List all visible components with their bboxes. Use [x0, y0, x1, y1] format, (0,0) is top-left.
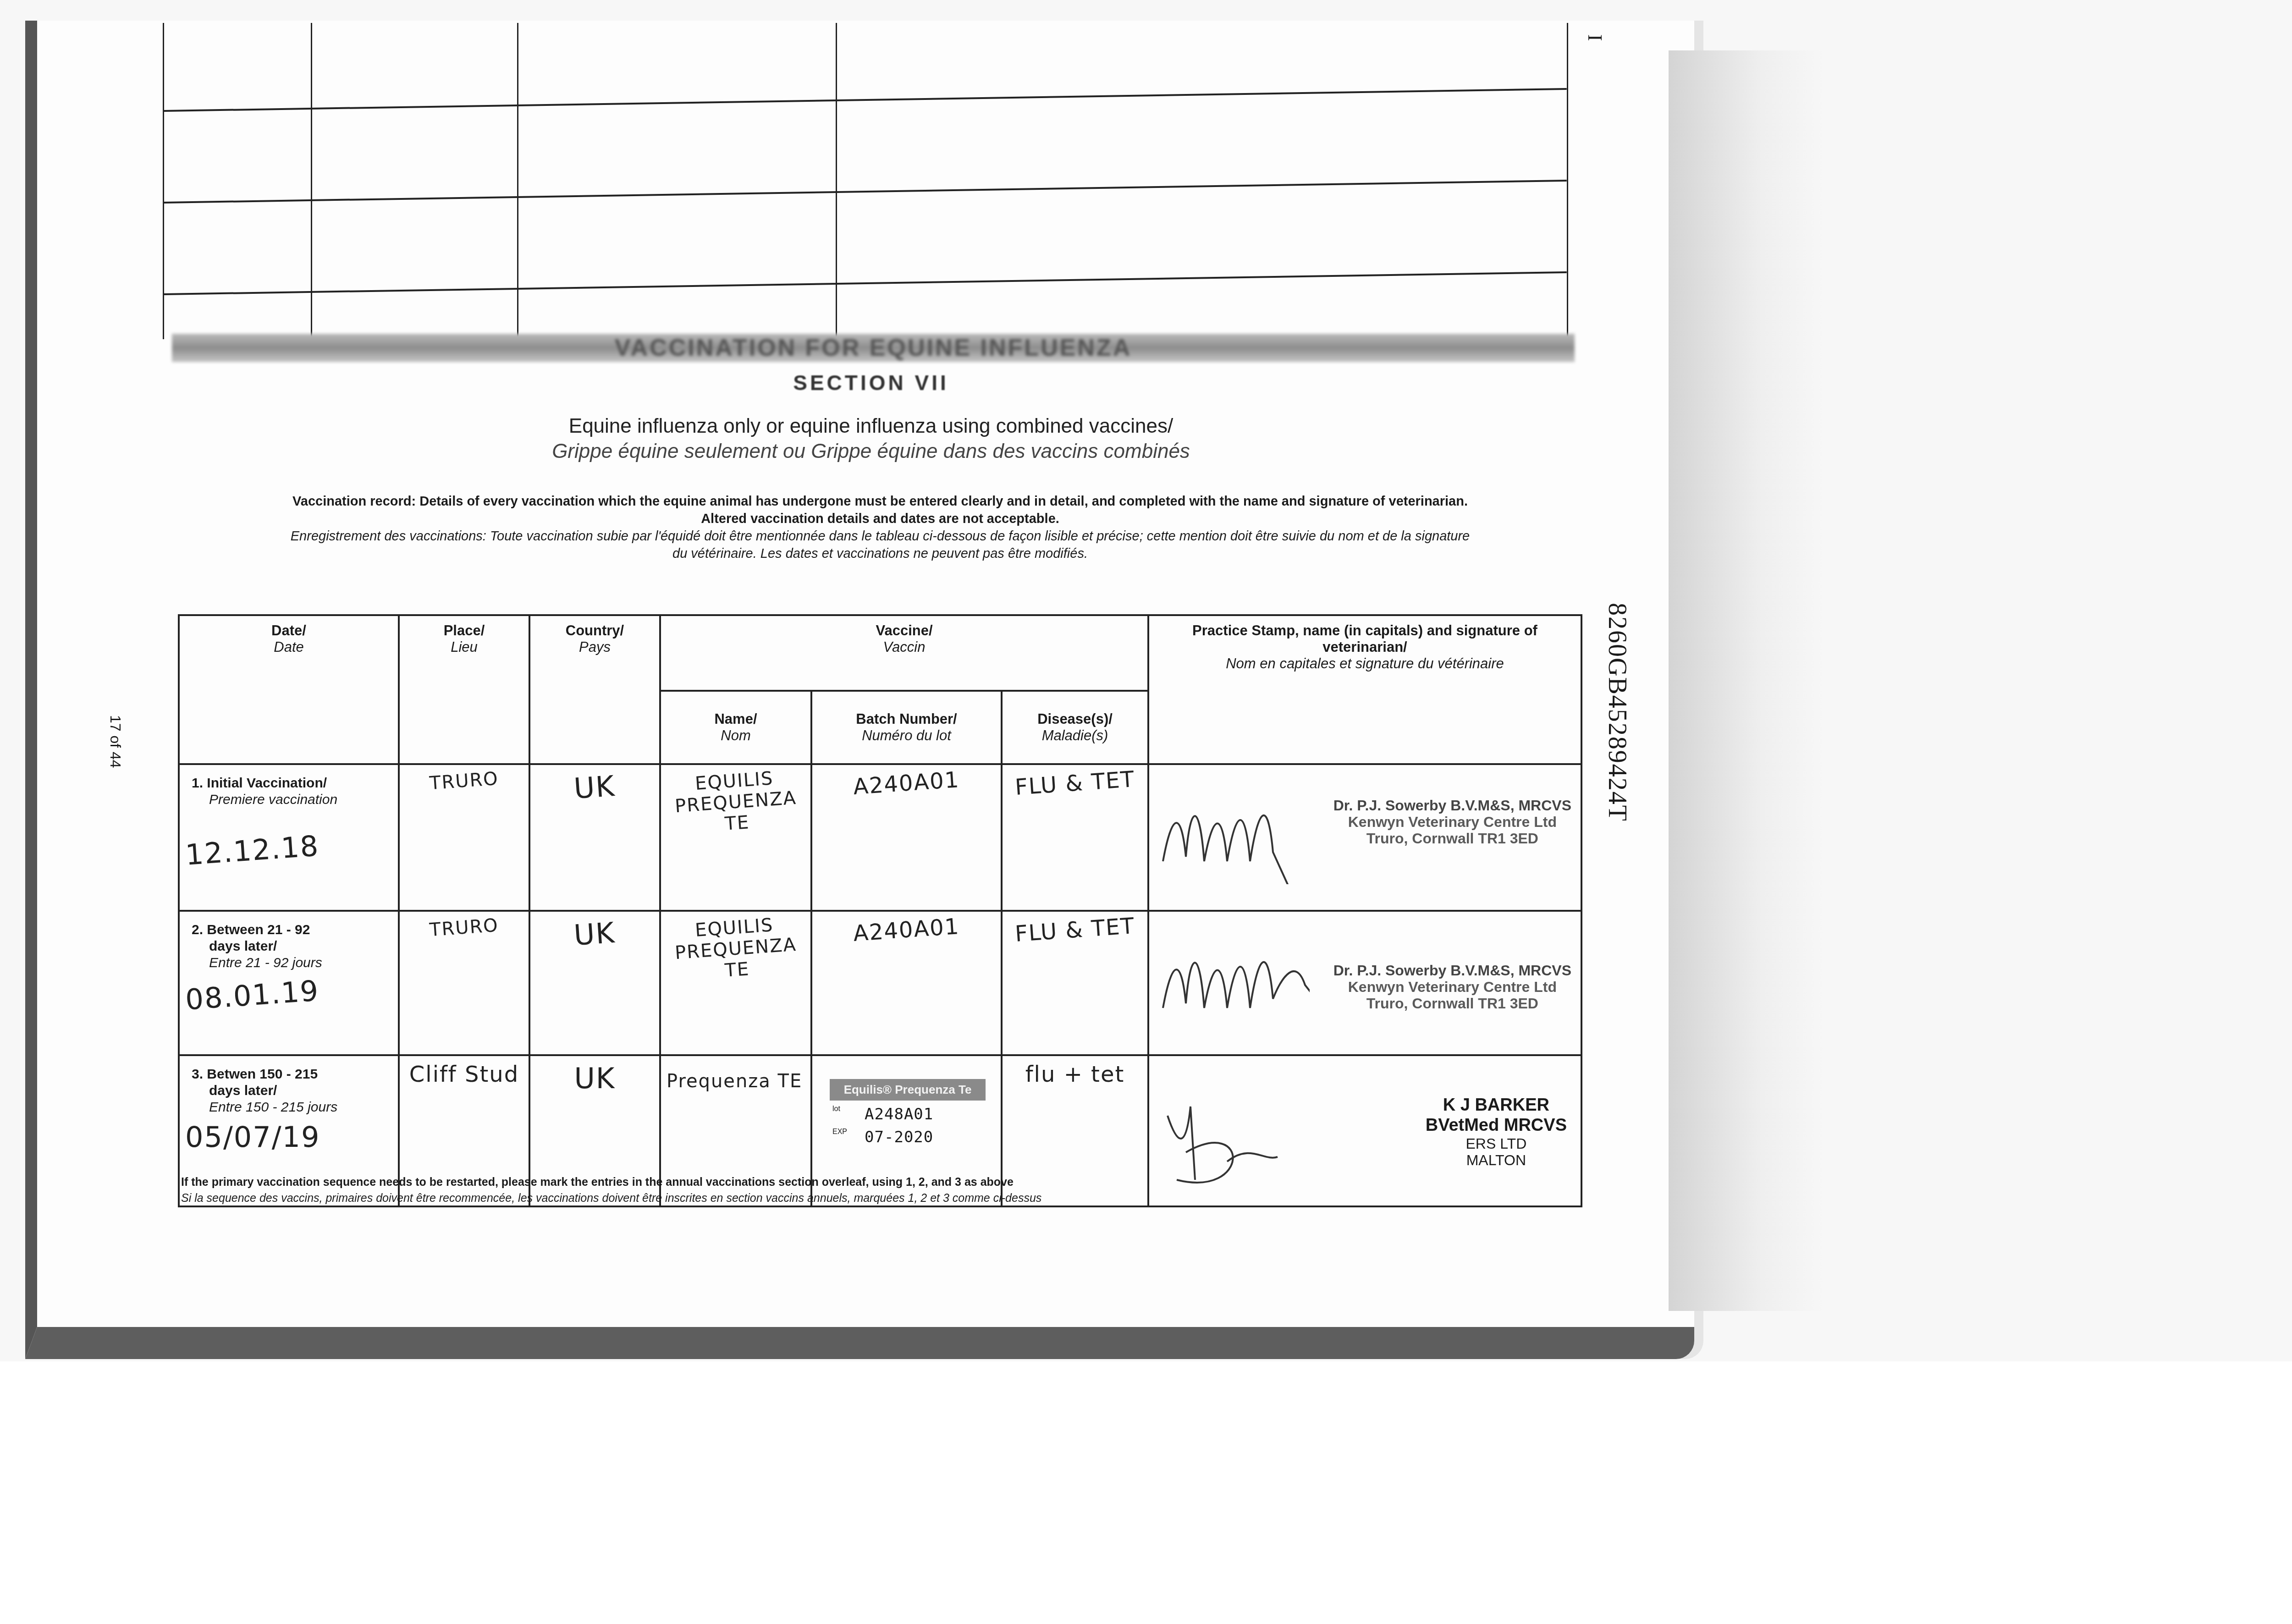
- header-batch-number: Batch Number/ Numéro du lot: [811, 691, 1002, 764]
- date-cell: 1. Initial Vaccination/ Premiere vaccina…: [179, 764, 399, 911]
- handwritten-disease: FLU & TET: [1014, 913, 1135, 947]
- section-subtitle-en: Equine influenza only or equine influenz…: [0, 415, 1742, 438]
- table-rule: [164, 88, 1567, 112]
- stamp-cell: Dr. P.J. Sowerby B.V.M&S, MRCVS Kenwyn V…: [1148, 764, 1581, 911]
- signature-icon: [1158, 1088, 1310, 1189]
- previous-section-table: [163, 23, 1568, 339]
- instructions: Vaccination record: Details of every vac…: [179, 493, 1581, 562]
- margin-mark: I: [1583, 34, 1607, 41]
- handwritten-disease: flu + tet: [1025, 1062, 1125, 1087]
- vet-name-stamp: K J BARKER BVetMed MRCVS ERS LTD MALTON: [1426, 1095, 1567, 1168]
- signature-icon: [1158, 783, 1310, 884]
- table-row: 1. Initial Vaccination/ Premiere vaccina…: [179, 764, 1581, 911]
- handwritten-vaccine-name: EQUILIS PREQUENZA TE: [665, 766, 807, 839]
- header-vaccine: Vaccine/ Vaccin: [660, 615, 1148, 691]
- sticker-lot: A248A01: [865, 1105, 933, 1123]
- table-divider: [836, 23, 837, 339]
- handwritten-vaccine-name: EQUILIS PREQUENZA TE: [665, 913, 807, 985]
- scan-margin: [0, 1361, 2292, 1624]
- place-cell: TRURO: [399, 764, 529, 911]
- instructions-en-2: Altered vaccination details and dates ar…: [179, 510, 1581, 528]
- vaccine-name-cell: EQUILIS PREQUENZA TE: [660, 764, 811, 911]
- passport-id: 8260GB45289424T: [1603, 603, 1632, 822]
- vaccine-batch-sticker: Equilis® Prequenza Te lot A248A01 EXP 07…: [830, 1079, 986, 1146]
- row-label-fr: Entre 21 - 92 jours: [192, 955, 386, 971]
- country-cell: UK: [529, 764, 660, 911]
- row-label: 1. Initial Vaccination/: [192, 775, 386, 792]
- sticker-product: Equilis® Prequenza Te: [830, 1079, 986, 1101]
- batch-cell: A240A01: [811, 764, 1002, 911]
- disease-cell: FLU & TET: [1002, 764, 1148, 911]
- handwritten-place: TRURO: [429, 768, 500, 794]
- place-cell: TRURO: [399, 911, 529, 1055]
- instructions-fr-2: du vétérinaire. Les dates et vaccination…: [179, 545, 1581, 562]
- practice-stamp: Dr. P.J. Sowerby B.V.M&S, MRCVS Kenwyn V…: [1333, 962, 1571, 1012]
- table-divider: [517, 23, 518, 339]
- sticker-expiry: 07-2020: [865, 1128, 933, 1146]
- header-stamp: Practice Stamp, name (in capitals) and s…: [1148, 615, 1581, 764]
- vaccination-table: Date/ Date Place/ Lieu Country/ Pays Vac…: [178, 614, 1582, 1207]
- batch-cell: A240A01: [811, 911, 1002, 1055]
- handwritten-batch: A240A01: [853, 767, 961, 800]
- handwritten-vaccine-name: Prequenza TE: [667, 1071, 805, 1092]
- handwritten-place: Cliff Stud: [409, 1062, 519, 1087]
- handwritten-place: TRURO: [429, 915, 500, 941]
- handwritten-country: UK: [573, 769, 617, 805]
- practice-stamp: Dr. P.J. Sowerby B.V.M&S, MRCVS Kenwyn V…: [1333, 797, 1571, 847]
- row-label-fr: Premiere vaccination: [192, 792, 386, 808]
- vaccine-name-cell: EQUILIS PREQUENZA TE: [660, 911, 811, 1055]
- disease-cell: FLU & TET: [1002, 911, 1148, 1055]
- table-row: 2. Between 21 - 92 days later/ Entre 21 …: [179, 911, 1581, 1055]
- handwritten-country: UK: [574, 1062, 615, 1095]
- header-place: Place/ Lieu: [399, 615, 529, 764]
- handwritten-batch: A240A01: [853, 914, 961, 947]
- page-number: 17 of 44: [107, 715, 124, 768]
- section-title: SECTION VII: [0, 370, 1742, 395]
- instructions-en-1: Vaccination record: Details of every vac…: [179, 493, 1581, 510]
- header-country: Country/ Pays: [529, 615, 660, 764]
- row-label: 3. Betwen 150 - 215: [192, 1066, 386, 1083]
- handwritten-disease: FLU & TET: [1014, 766, 1135, 800]
- disease-cell: flu + tet: [1002, 1055, 1148, 1206]
- header-vaccine-name: Name/ Nom: [660, 691, 811, 764]
- instructions-fr-1: Enregistrement des vaccinations: Toute v…: [179, 528, 1581, 545]
- date-cell: 2. Between 21 - 92 days later/ Entre 21 …: [179, 911, 399, 1055]
- signature-icon: [1158, 930, 1310, 1031]
- stamp-cell: K J BARKER BVetMed MRCVS ERS LTD MALTON: [1148, 1055, 1581, 1206]
- footer-note-fr: Si la sequence des vaccins, primaires do…: [181, 1192, 1041, 1205]
- section-banner: VACCINATION FOR EQUINE INFLUENZA: [172, 334, 1575, 362]
- table-rule: [164, 271, 1567, 295]
- row-label-fr: Entre 150 - 215 jours: [192, 1099, 386, 1116]
- handwritten-date: 05/07/19: [185, 1120, 392, 1154]
- header-disease: Disease(s)/ Maladie(s): [1002, 691, 1148, 764]
- adjacent-page-edge: [1669, 50, 1824, 1311]
- table-rule: [164, 180, 1567, 204]
- row-label: 2. Between 21 - 92: [192, 922, 386, 938]
- footer-note-en: If the primary vaccination sequence need…: [181, 1176, 1014, 1189]
- country-cell: UK: [529, 911, 660, 1055]
- handwritten-date: 12.12.18: [184, 824, 393, 871]
- handwritten-country: UK: [573, 916, 617, 952]
- section-subtitle-fr: Grippe équine seulement ou Grippe équine…: [0, 440, 1742, 463]
- stamp-cell: Dr. P.J. Sowerby B.V.M&S, MRCVS Kenwyn V…: [1148, 911, 1581, 1055]
- header-date: Date/ Date: [179, 615, 399, 764]
